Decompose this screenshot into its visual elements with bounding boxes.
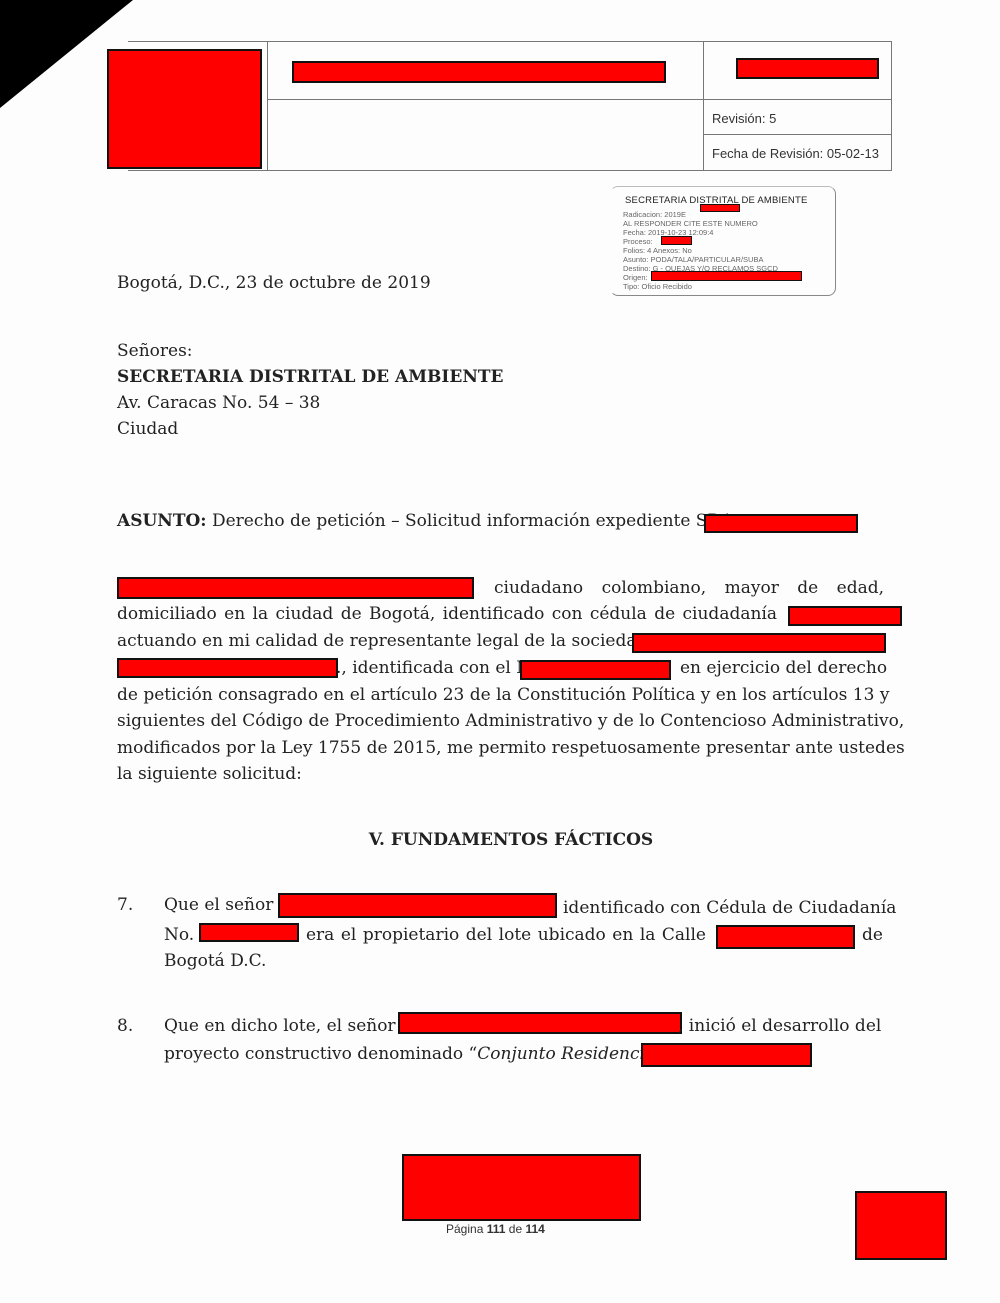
page-total: 114 — [525, 1222, 544, 1236]
page-sep: de — [509, 1222, 522, 1236]
intro-line-1: ciudadano colombiano, mayor de edad, — [494, 578, 884, 598]
stamp-line: AL RESPONDER CITE ESTE NUMERO — [623, 219, 758, 228]
intro-line-7: modificados por la Ley 1755 de 2015, me … — [117, 738, 884, 758]
redacted-owner-name — [278, 893, 557, 918]
item-7-line-1b: identificado con Cédula de Ciudadanía — [563, 898, 896, 918]
page-current: 111 — [487, 1222, 506, 1236]
redacted-header-code — [736, 58, 879, 79]
intro-line-2: domiciliado en la ciudad de Bogotá, iden… — [117, 604, 777, 624]
redacted-logo — [107, 49, 262, 169]
revision-label: Revisión: 5 — [712, 111, 776, 126]
subject-label: ASUNTO: — [117, 511, 207, 531]
stamp-line: Tipo: Oficio Recibido — [623, 282, 692, 291]
section-heading: V. FUNDAMENTOS FÁCTICOS — [0, 830, 1000, 850]
intro-line-5: de petición consagrado en el artículo 23… — [117, 685, 884, 705]
redacted-company-name — [632, 633, 886, 653]
intro-line-4b: en ejercicio del derecho — [680, 658, 887, 678]
intro-line-6: siguientes del Código de Procedimiento A… — [117, 711, 884, 731]
date-line: Bogotá, D.C., 23 de octubre de 2019 — [117, 273, 431, 293]
intro-line-8: la siguiente solicitud: — [117, 764, 302, 784]
item-7-line-1a: Que el señor — [164, 895, 273, 915]
item-8-line-1a: Que en dicho lote, el señor — [164, 1016, 396, 1036]
item-number: 7. — [117, 895, 133, 915]
item-7-line-3: Bogotá D.C. — [164, 951, 266, 971]
subject-text: Derecho de petición – Solicitud informac… — [212, 511, 733, 531]
recipient-city: Ciudad — [117, 419, 178, 439]
revision-date-label: Fecha de Revisión: 05-02-13 — [712, 146, 879, 161]
redacted-stamp-proceso — [661, 236, 692, 245]
item-7-line-2a: No. — [164, 925, 194, 945]
salutation: Señores: — [117, 341, 193, 361]
item-8-line-2a: proyecto constructivo denominado “ — [164, 1044, 477, 1064]
intro-line-4a: ., identificada con el Nit. — [336, 658, 549, 678]
stamp-line: Asunto: PODA/TALA/PARTICULAR/SUBA — [623, 255, 763, 264]
redacted-header-title — [292, 61, 666, 83]
redacted-project-name — [641, 1043, 812, 1067]
redacted-developer-name — [398, 1012, 682, 1034]
redacted-company-name-cont — [117, 658, 338, 678]
stamp-line: Origen: — [623, 273, 648, 282]
intro-line-3: actuando en mi calidad de representante … — [117, 631, 647, 651]
item-7-line-2c: de — [862, 925, 883, 945]
page-prefix: Página — [446, 1222, 483, 1236]
item-7-line-2b: era el propietario del lote ubicado en l… — [306, 925, 706, 945]
item-8-line-2: proyecto constructivo denominado “Conjun… — [164, 1044, 661, 1064]
stamp-line: Radicacion: 2019E — [623, 210, 686, 219]
recipient-address: Av. Caracas No. 54 – 38 — [117, 393, 320, 413]
page-number: Página 111 de 114 — [446, 1222, 545, 1236]
redacted-owner-cedula — [199, 923, 299, 942]
redacted-signature — [855, 1191, 947, 1260]
redacted-nit-number — [520, 660, 671, 680]
redacted-cedula-number — [788, 606, 902, 626]
item-8-line-2b: Conjunto Residencial — [477, 1044, 660, 1064]
redacted-stamp-origen — [651, 271, 802, 281]
redacted-lot-address — [716, 925, 855, 949]
redacted-stamp-radicacion — [700, 204, 740, 212]
redacted-footer-block — [402, 1154, 641, 1221]
redacted-petitioner-name — [117, 577, 474, 599]
stamp-line: Proceso: — [623, 237, 653, 246]
recipient-name: SECRETARIA DISTRITAL DE AMBIENTE — [117, 367, 503, 387]
redacted-expediente-number — [704, 514, 858, 533]
stamp-line: Folios: 4 Anexos: No — [623, 246, 692, 255]
subject-line: ASUNTO: Derecho de petición – Solicitud … — [117, 511, 733, 531]
item-number: 8. — [117, 1016, 133, 1036]
item-8-line-1b: , inició el desarrollo del — [678, 1016, 881, 1036]
